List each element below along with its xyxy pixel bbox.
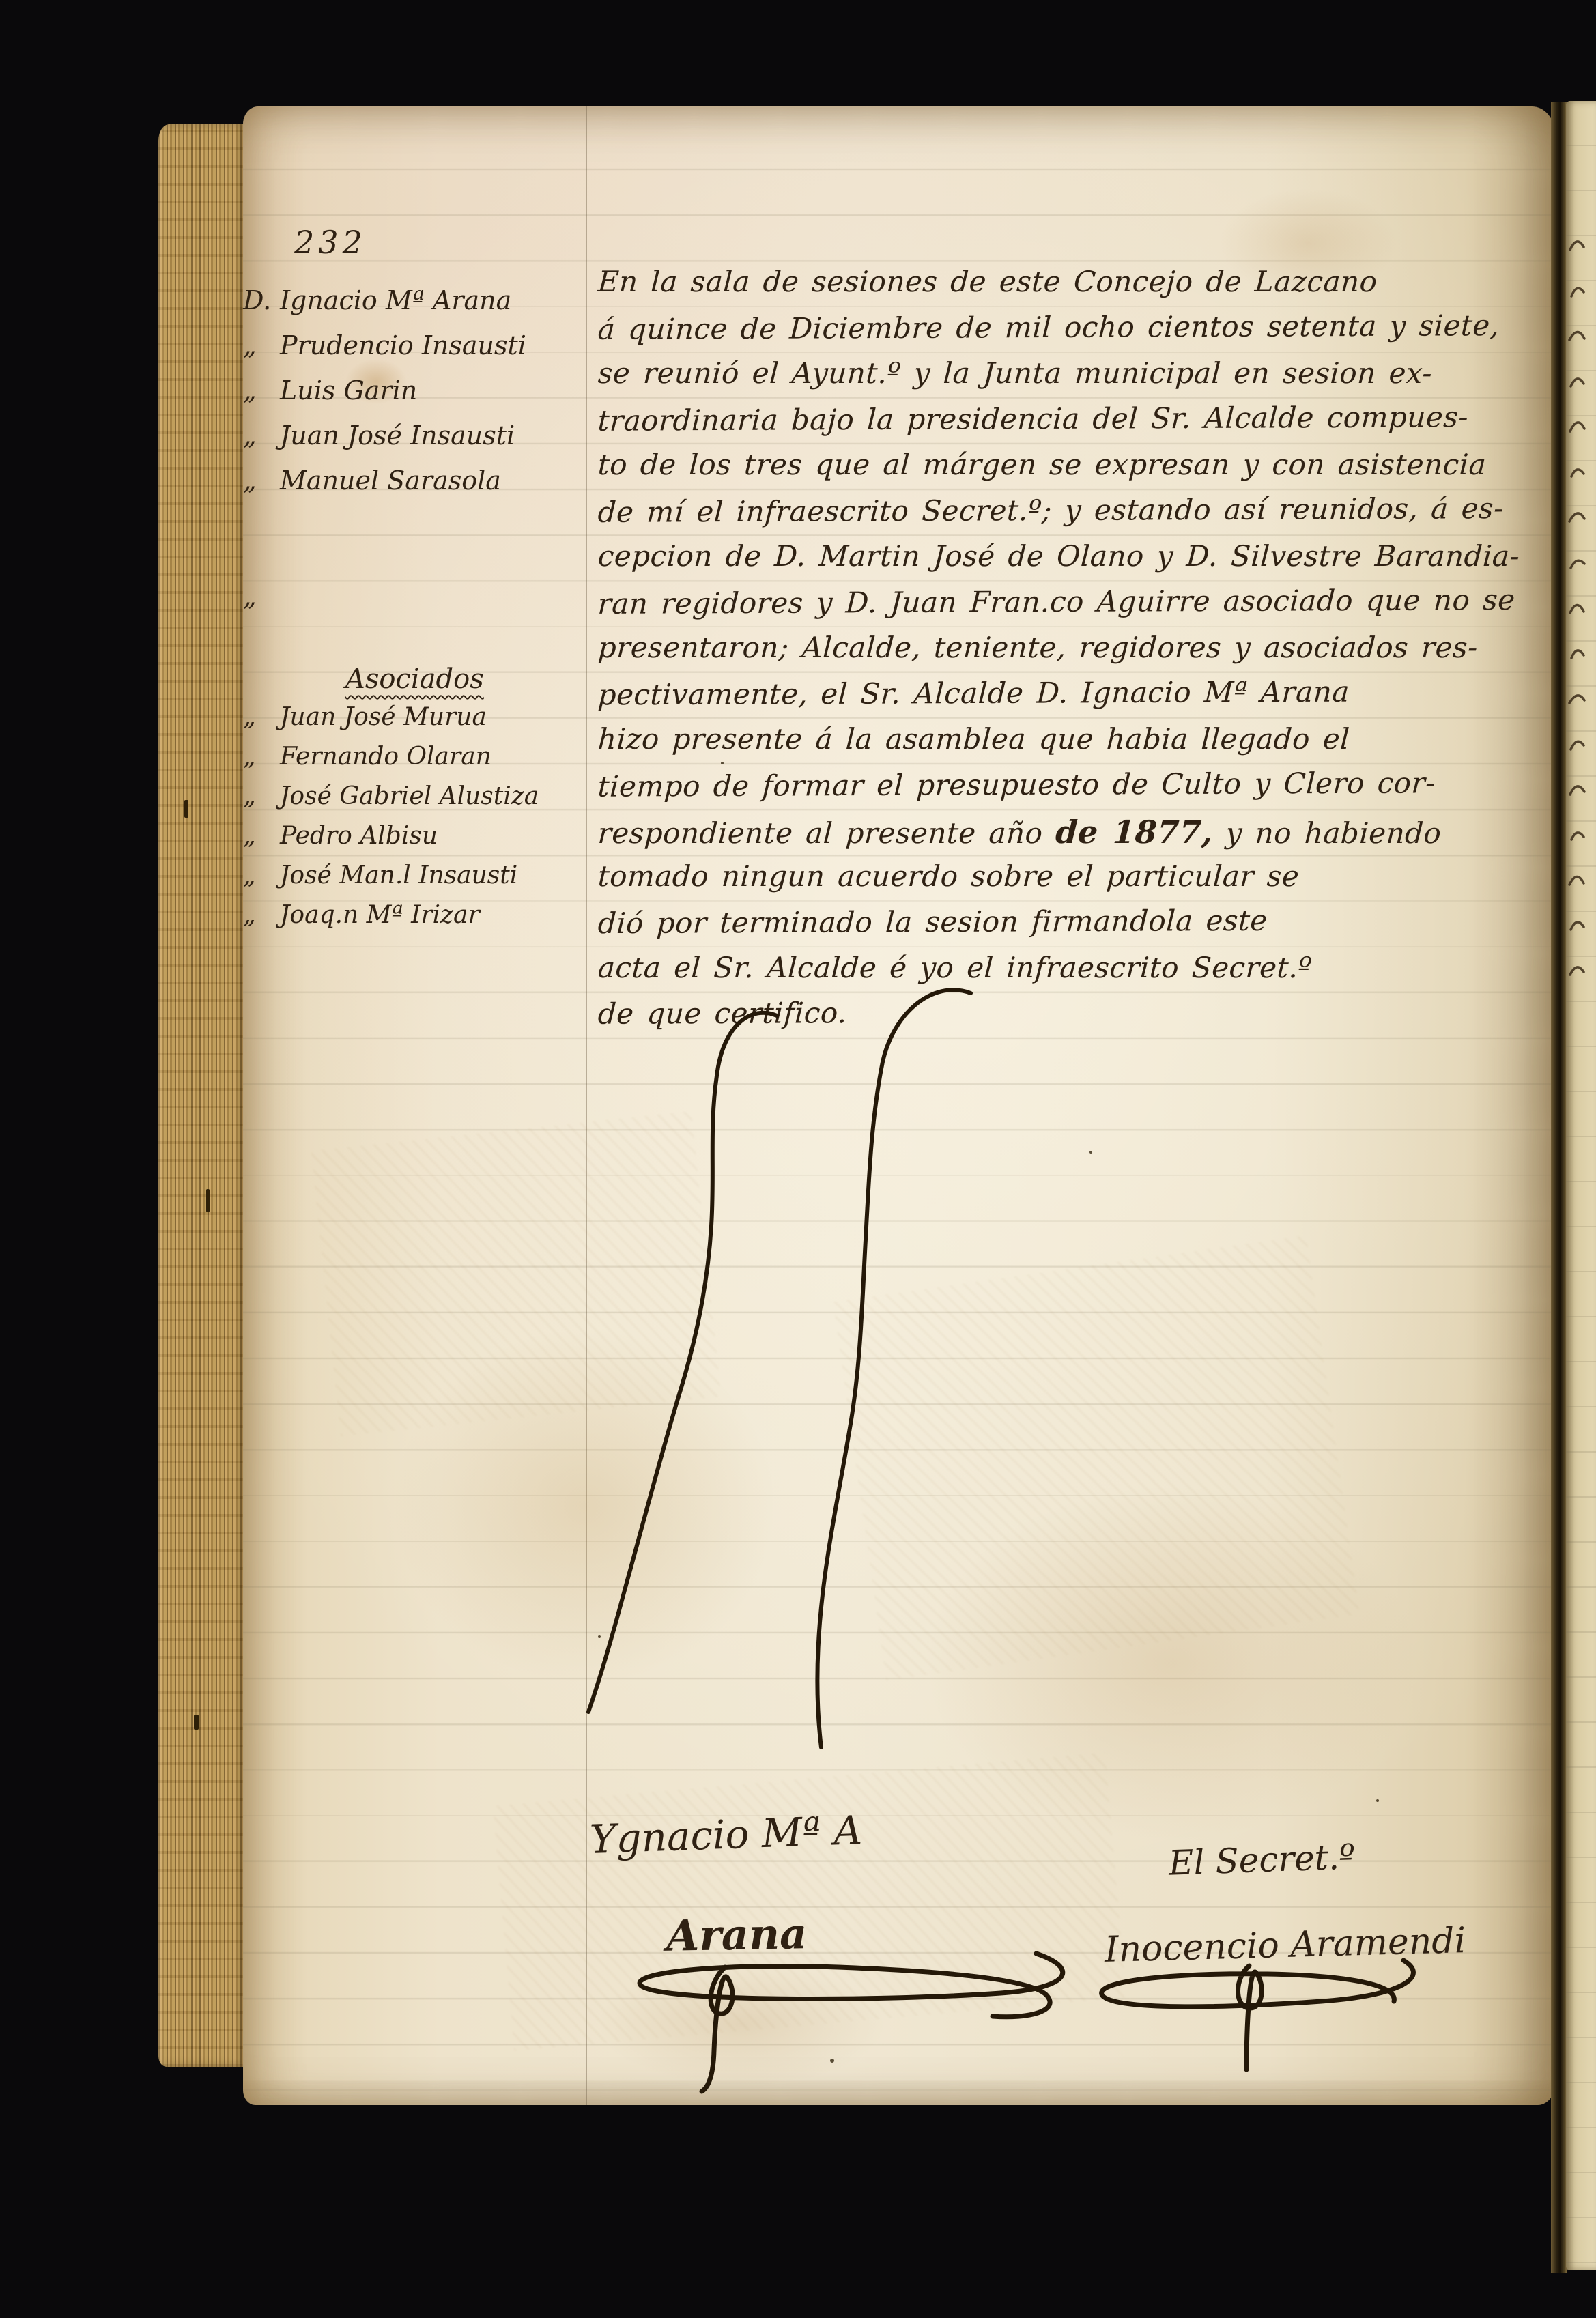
- body-line: to de los tres que al márgen se expresan…: [598, 448, 1555, 493]
- body-line: tomado ningun acuerdo sobre el particula…: [598, 859, 1555, 905]
- body-line: hizo presente á la asamblea que habia ll…: [598, 722, 1555, 768]
- facing-page-sliver: [1566, 101, 1596, 2270]
- asociado-name: Joaq.n Mª Irizar: [280, 901, 480, 929]
- body-line: á quince de Diciembre de mil ocho ciento…: [598, 311, 1555, 356]
- asociado-name: Juan José Murua: [280, 703, 487, 731]
- body-text: En la sala de sesiones de este Concejo d…: [598, 265, 1555, 1042]
- space-filler-stroke-right: [817, 990, 971, 1747]
- book-gutter: [1551, 102, 1567, 2273]
- paper-stain: [393, 1328, 775, 1683]
- asociados-header: Asociados: [345, 663, 484, 695]
- ditto-mark: „: [243, 466, 280, 496]
- margin-rule-line: [586, 106, 587, 2105]
- emphasis-post: y no habiendo: [1212, 816, 1442, 850]
- manuscript-page: 232 D. Ignacio Mª Arana „ Prudencio Insa…: [243, 106, 1555, 2105]
- attendee-name: Manuel Sarasola: [280, 466, 501, 496]
- attendee-name: Juan José Insausti: [280, 420, 515, 450]
- asociado-row: „ Pedro Albisu: [243, 822, 565, 861]
- ditto-mark: „: [243, 582, 280, 612]
- body-line: se reunió el Ayunt.º y la Junta municipa…: [598, 356, 1555, 402]
- secretario-signature-name: Inocencio Aramendi: [1104, 1920, 1466, 1971]
- ditto-mark: „: [243, 743, 280, 771]
- asociado-name: José Gabriel Alustiza: [280, 782, 539, 810]
- secretario-rubric-flourish: [1102, 1960, 1414, 2070]
- facing-page-ink-fragments: [1566, 101, 1596, 2270]
- margin-asociados-list: „ Juan José Murua „ Fernando Olaran „ Jo…: [243, 703, 565, 941]
- body-line: pectivamente, el Sr. Alcalde D. Ignacio …: [598, 676, 1555, 722]
- emphasis-year: de 1877,: [1055, 814, 1214, 850]
- fore-edge-fleck: [184, 800, 188, 818]
- attendee-row: D. Ignacio Mª Arana: [243, 285, 565, 330]
- body-line: de que certifico.: [598, 997, 1555, 1042]
- alcalde-signature-line2: Arana: [666, 1908, 807, 1961]
- ditto-mark: „: [243, 861, 280, 889]
- ditto-mark: „: [243, 330, 280, 360]
- paper-stain: [926, 1485, 1417, 1840]
- ink-bleed-through: [311, 1111, 722, 1436]
- ditto-mark: „: [243, 822, 280, 850]
- book-fore-edge: [158, 124, 248, 2067]
- asociado-row: „ Juan José Murua: [243, 703, 565, 743]
- margin-attendees-list: D. Ignacio Mª Arana „ Prudencio Insausti…: [243, 285, 565, 627]
- ink-bleed-through: [493, 1752, 1126, 2050]
- attendee-name: Prudencio Insausti: [280, 330, 526, 360]
- photo-backdrop: 232 D. Ignacio Mª Arana „ Prudencio Insa…: [0, 0, 1596, 2318]
- asociado-name: Fernando Olaran: [280, 743, 491, 771]
- alcalde-signature-line1: Ygnacio Mª A: [589, 1807, 863, 1863]
- page-number: 232: [294, 224, 367, 261]
- ditto-mark: „: [243, 782, 280, 810]
- ditto-mark: „: [243, 375, 280, 405]
- ink-bleed-through: [833, 1235, 1359, 1680]
- ditto-mark: „: [243, 420, 280, 450]
- attendee-name: Ignacio Mª Arana: [280, 285, 511, 315]
- attendee-row: „ Juan José Insausti: [243, 420, 565, 466]
- body-line-emphasis: respondiente al presente año de 1877, y …: [598, 814, 1555, 859]
- body-line: traordinaria bajo la presidencia del Sr.…: [598, 402, 1555, 448]
- fore-edge-fleck: [206, 1189, 210, 1212]
- secretario-signature-title: El Secret.º: [1168, 1837, 1356, 1883]
- body-line: En la sala de sesiones de este Concejo d…: [598, 265, 1555, 311]
- body-line: acta el Sr. Alcalde é yo el infraescrito…: [598, 951, 1555, 997]
- fore-edge-fleck: [194, 1715, 199, 1730]
- ditto-mark: „: [243, 901, 280, 929]
- space-filler-stroke-left: [588, 1013, 777, 1712]
- asociado-name: Pedro Albisu: [280, 822, 438, 850]
- attendee-row: „: [243, 582, 565, 627]
- attendee-name: Luis Garin: [280, 375, 417, 405]
- facing-page-ruled-lines: [1566, 101, 1596, 2270]
- paper-stain: [598, 1963, 885, 2086]
- body-lines-bottom: tomado ningun acuerdo sobre el particula…: [598, 859, 1555, 1042]
- body-line: tiempo de formar el presupuesto de Culto…: [598, 768, 1555, 814]
- asociado-name: José Man.l Insausti: [280, 861, 517, 889]
- asociado-row: „ Joaq.n Mª Irizar: [243, 901, 565, 941]
- body-line: cepcion de D. Martin José de Olano y D. …: [598, 539, 1555, 585]
- body-line: de mí el infraescrito Secret.º; y estand…: [598, 493, 1555, 539]
- asociado-row: „ Fernando Olaran: [243, 743, 565, 782]
- alcalde-rubric-flourish: [640, 1954, 1063, 2091]
- attendee-row: „ Manuel Sarasola: [243, 466, 565, 511]
- ditto-mark: „: [243, 703, 280, 731]
- asociado-row: „ José Gabriel Alustiza: [243, 782, 565, 822]
- body-line: ran regidores y D. Juan Fran.co Aguirre …: [598, 585, 1555, 631]
- body-lines-top: En la sala de sesiones de este Concejo d…: [598, 265, 1555, 814]
- emphasis-pre: respondiente al presente año: [597, 816, 1057, 850]
- ditto-mark: D.: [243, 285, 280, 315]
- attendee-row: „ Prudencio Insausti: [243, 330, 565, 375]
- asociado-row: „ José Man.l Insausti: [243, 861, 565, 901]
- body-line: dió por terminado la sesion firmandola e…: [598, 905, 1555, 951]
- attendee-row: „ Luis Garin: [243, 375, 565, 420]
- body-line: presentaron; Alcalde, teniente, regidore…: [598, 631, 1555, 676]
